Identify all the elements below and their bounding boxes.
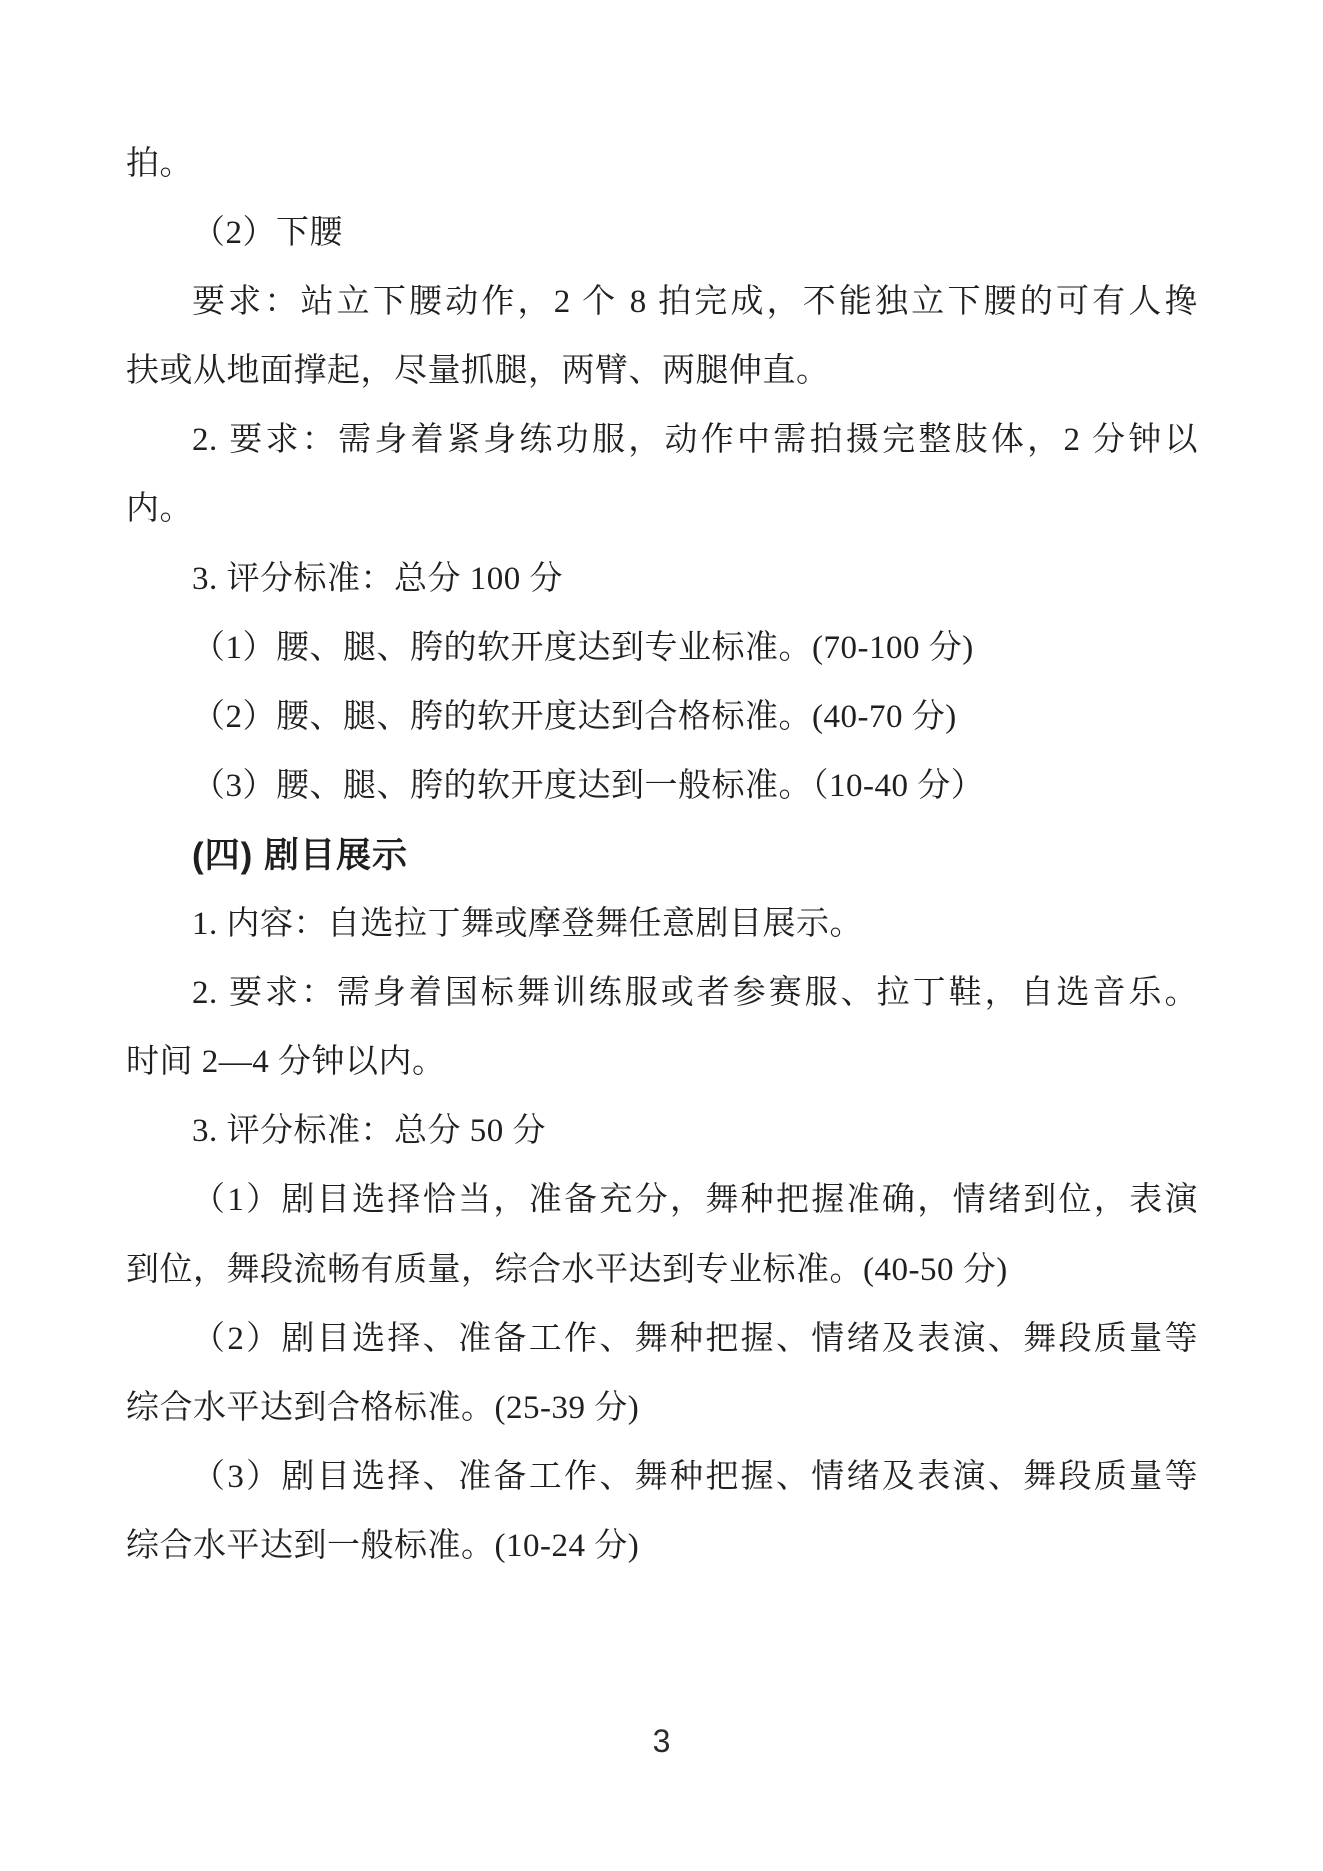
text-line: 内。 <box>126 475 1198 544</box>
text-line: （2）腰、腿、胯的软开度达到合格标准。(40-70 分) <box>126 683 1198 752</box>
text-line: 综合水平达到一般标准。(10-24 分) <box>126 1512 1198 1581</box>
text-line: （3）腰、腿、胯的软开度达到一般标准。（10-40 分） <box>126 752 1198 821</box>
text-line: 要求：站立下腰动作，2 个 8 拍完成，不能独立下腰的可有人搀 <box>126 268 1198 337</box>
section-heading: (四) 剧目展示 <box>126 821 1198 890</box>
text-line: 扶或从地面撑起，尽量抓腿，两臂、两腿伸直。 <box>126 337 1198 406</box>
text-line: 拍。 <box>126 130 1198 199</box>
page-number: 3 <box>0 1716 1323 1766</box>
text-line: （3）剧目选择、准备工作、舞种把握、情绪及表演、舞段质量等 <box>126 1443 1198 1512</box>
document-page: 拍。（2）下腰要求：站立下腰动作，2 个 8 拍完成，不能独立下腰的可有人搀扶或… <box>0 0 1323 1871</box>
text-line: 综合水平达到合格标准。(25-39 分) <box>126 1374 1198 1443</box>
text-line: 1. 内容：自选拉丁舞或摩登舞任意剧目展示。 <box>126 890 1198 959</box>
text-line: （1）腰、腿、胯的软开度达到专业标准。(70-100 分) <box>126 614 1198 683</box>
text-line: （2）下腰 <box>126 199 1198 268</box>
text-line: 到位，舞段流畅有质量，综合水平达到专业标准。(40-50 分) <box>126 1236 1198 1305</box>
text-line: 2. 要求：需身着紧身练功服，动作中需拍摄完整肢体，2 分钟以 <box>126 406 1198 475</box>
text-line: 2. 要求：需身着国标舞训练服或者参赛服、拉丁鞋，自选音乐。 <box>126 959 1198 1028</box>
text-line: （1）剧目选择恰当，准备充分，舞种把握准确，情绪到位，表演 <box>126 1166 1198 1235</box>
text-line: 3. 评分标准：总分 50 分 <box>126 1097 1198 1166</box>
document-body: 拍。（2）下腰要求：站立下腰动作，2 个 8 拍完成，不能独立下腰的可有人搀扶或… <box>126 130 1198 1581</box>
text-line: 3. 评分标准：总分 100 分 <box>126 545 1198 614</box>
text-line: （2）剧目选择、准备工作、舞种把握、情绪及表演、舞段质量等 <box>126 1305 1198 1374</box>
text-line: 时间 2—4 分钟以内。 <box>126 1028 1198 1097</box>
